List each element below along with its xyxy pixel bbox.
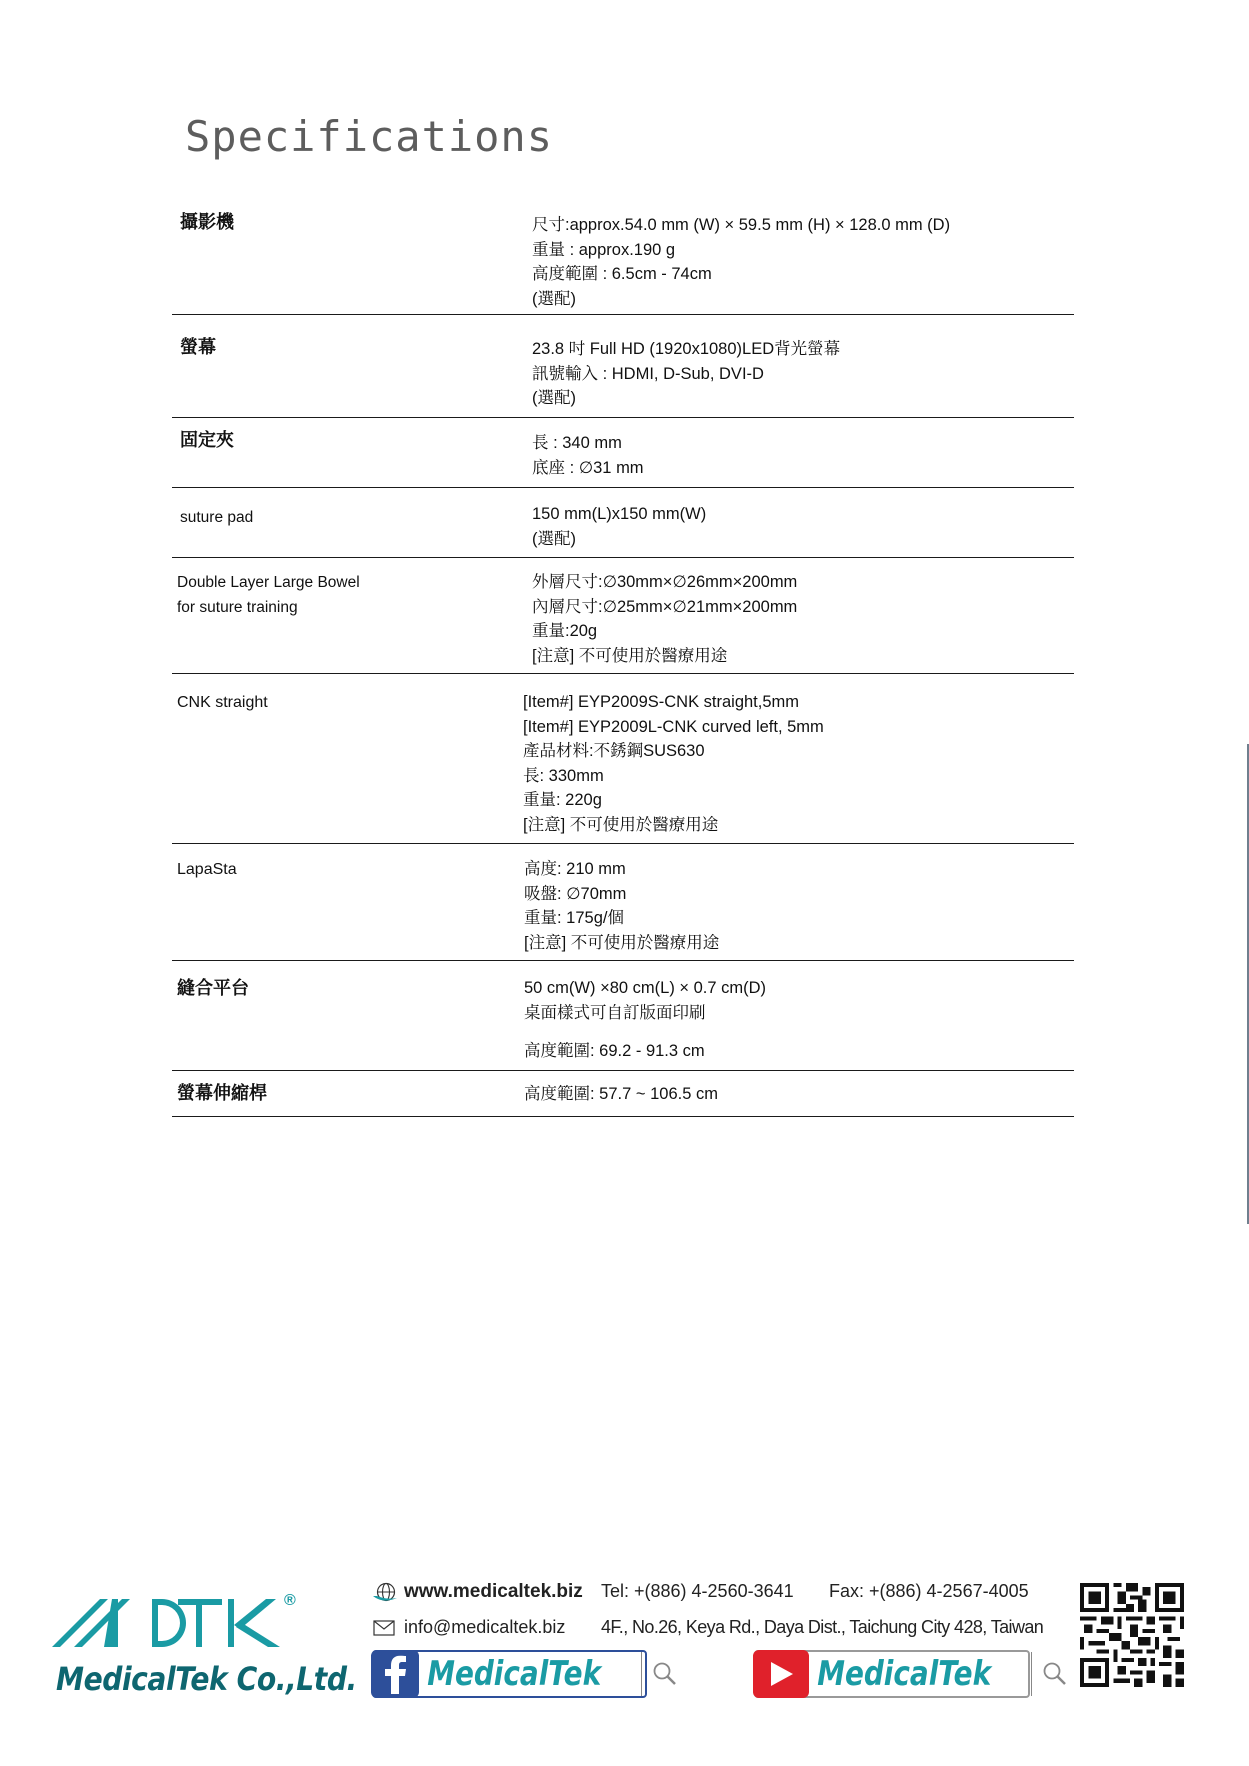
spec-value: 產品材料:不銹鋼SUS630 xyxy=(523,739,824,764)
spec-value: 長 : 340 mm xyxy=(532,431,644,456)
youtube-label: MedicalTek xyxy=(809,1654,991,1694)
spec-row-suture-platform: 縫合平台 50 cm(W) ×80 cm(L) × 0.7 cm(D) 桌面樣式… xyxy=(172,961,1074,1071)
spec-values: 外層尺寸:∅30mm×∅26mm×200mm 內層尺寸:∅25mm×∅21mm×… xyxy=(532,570,797,668)
spec-value: 重量: 220g xyxy=(523,788,824,813)
spec-values: 高度範圍: 57.7 ~ 106.5 cm xyxy=(524,1082,718,1107)
spec-row-bowel: Double Layer Large Bowel for suture trai… xyxy=(172,558,1074,674)
spec-value: [注意] 不可使用於醫療用途 xyxy=(532,644,797,669)
address: 4F., No.26, Keya Rd., Daya Dist., Taichu… xyxy=(601,1617,1043,1638)
search-icon xyxy=(641,1652,688,1696)
spec-value: 吸盤: ∅70mm xyxy=(524,882,719,907)
spec-value: 內層尺寸:∅25mm×∅21mm×200mm xyxy=(532,595,797,620)
globe-icon xyxy=(372,1582,398,1604)
spec-label-line: for suture training xyxy=(177,595,360,620)
spec-value: 23.8 吋 Full HD (1920x1080)LED背光螢幕 xyxy=(532,337,840,362)
spec-values: 長 : 340 mm 底座 : ∅31 mm xyxy=(532,431,644,480)
spec-label: 縫合平台 xyxy=(177,976,249,1001)
spec-value: 重量: 175g/個 xyxy=(524,906,719,931)
facebook-search-button[interactable]: MedicalTek xyxy=(372,1650,647,1698)
spec-label-line: Double Layer Large Bowel xyxy=(177,570,360,595)
spec-value: [注意] 不可使用於醫療用途 xyxy=(523,813,824,838)
company-name: MedicalTek Co.,Ltd. xyxy=(56,1660,357,1698)
spec-value: 尺寸:approx.54.0 mm (W) × 59.5 mm (H) × 12… xyxy=(532,213,950,238)
page-title: Specifications xyxy=(185,112,553,161)
spec-label: LapaSta xyxy=(177,857,237,882)
spec-row-camera: 攝影機 尺寸:approx.54.0 mm (W) × 59.5 mm (H) … xyxy=(172,200,1074,315)
email-link[interactable]: info@medicaltek.biz xyxy=(404,1617,565,1638)
spec-row-suture-pad: suture pad 150 mm(L)x150 mm(W) (選配) xyxy=(172,488,1074,558)
spec-values: 尺寸:approx.54.0 mm (W) × 59.5 mm (H) × 12… xyxy=(532,213,950,311)
facebook-icon xyxy=(371,1650,419,1698)
spec-value: (選配) xyxy=(532,527,706,552)
spec-value: 長: 330mm xyxy=(523,764,824,789)
spec-value: 高度: 210 mm xyxy=(524,857,719,882)
spec-value: 重量 : approx.190 g xyxy=(532,238,950,263)
spec-value: 重量:20g xyxy=(532,619,797,644)
spec-row-clamp: 固定夾 長 : 340 mm 底座 : ∅31 mm xyxy=(172,418,1074,488)
spec-label: CNK straight xyxy=(177,690,268,715)
spec-row-monitor: 螢幕 23.8 吋 Full HD (1920x1080)LED背光螢幕 訊號輸… xyxy=(172,315,1074,418)
search-icon xyxy=(1031,1652,1078,1696)
spec-values: [Item#] EYP2009S-CNK straight,5mm [Item#… xyxy=(523,690,824,837)
spec-value: 桌面樣式可自訂版面印刷 xyxy=(524,1001,766,1026)
spec-value: 底座 : ∅31 mm xyxy=(532,456,644,481)
mail-icon xyxy=(373,1620,395,1636)
spec-value: 高度範圍 : 6.5cm - 74cm xyxy=(532,262,950,287)
spec-label: 螢幕伸縮桿 xyxy=(177,1081,267,1106)
youtube-search-button[interactable]: MedicalTek xyxy=(754,1650,1030,1698)
spec-row-monitor-pole: 螢幕伸縮桿 高度範圍: 57.7 ~ 106.5 cm xyxy=(172,1071,1074,1117)
spec-label: Double Layer Large Bowel for suture trai… xyxy=(177,570,360,620)
website-link[interactable]: www.medicaltek.biz xyxy=(404,1581,583,1603)
spec-value: 高度範圍: 57.7 ~ 106.5 cm xyxy=(524,1082,718,1107)
spec-value: [Item#] EYP2009L-CNK curved left, 5mm xyxy=(523,715,824,740)
spec-row-cnk: CNK straight [Item#] EYP2009S-CNK straig… xyxy=(172,674,1074,844)
svg-text:®: ® xyxy=(284,1592,296,1609)
spec-label: 固定夾 xyxy=(180,428,234,453)
spec-value: [Item#] EYP2009S-CNK straight,5mm xyxy=(523,690,824,715)
spec-value: 50 cm(W) ×80 cm(L) × 0.7 cm(D) xyxy=(524,976,766,1001)
spec-value: 外層尺寸:∅30mm×∅26mm×200mm xyxy=(532,570,797,595)
spec-value: (選配) xyxy=(532,386,840,411)
facebook-label: MedicalTek xyxy=(419,1654,601,1694)
spec-label: suture pad xyxy=(180,505,253,530)
youtube-icon xyxy=(753,1650,809,1698)
spec-values: 50 cm(W) ×80 cm(L) × 0.7 cm(D) 桌面樣式可自訂版面… xyxy=(524,976,766,1064)
spec-value: 高度範圍: 69.2 - 91.3 cm xyxy=(524,1039,766,1064)
spec-value: 訊號輸入 : HDMI, D-Sub, DVI-D xyxy=(532,362,840,387)
fax-number: Fax: +(886) 4-2567-4005 xyxy=(829,1581,1029,1602)
spec-value: (選配) xyxy=(532,287,950,312)
spec-value: [注意] 不可使用於醫療用途 xyxy=(524,931,719,956)
spec-values: 150 mm(L)x150 mm(W) (選配) xyxy=(532,502,706,551)
qr-code-icon[interactable] xyxy=(1080,1583,1184,1687)
spec-label: 攝影機 xyxy=(180,210,234,235)
spec-value: 150 mm(L)x150 mm(W) xyxy=(532,502,706,527)
spec-row-lapasta: LapaSta 高度: 210 mm 吸盤: ∅70mm 重量: 175g/個 … xyxy=(172,844,1074,961)
spec-label: 螢幕 xyxy=(180,335,216,360)
spec-values: 23.8 吋 Full HD (1920x1080)LED背光螢幕 訊號輸入 :… xyxy=(532,337,840,411)
phone-number: Tel: +(886) 4-2560-3641 xyxy=(601,1581,794,1602)
spec-values: 高度: 210 mm 吸盤: ∅70mm 重量: 175g/個 [注意] 不可使… xyxy=(524,857,719,955)
